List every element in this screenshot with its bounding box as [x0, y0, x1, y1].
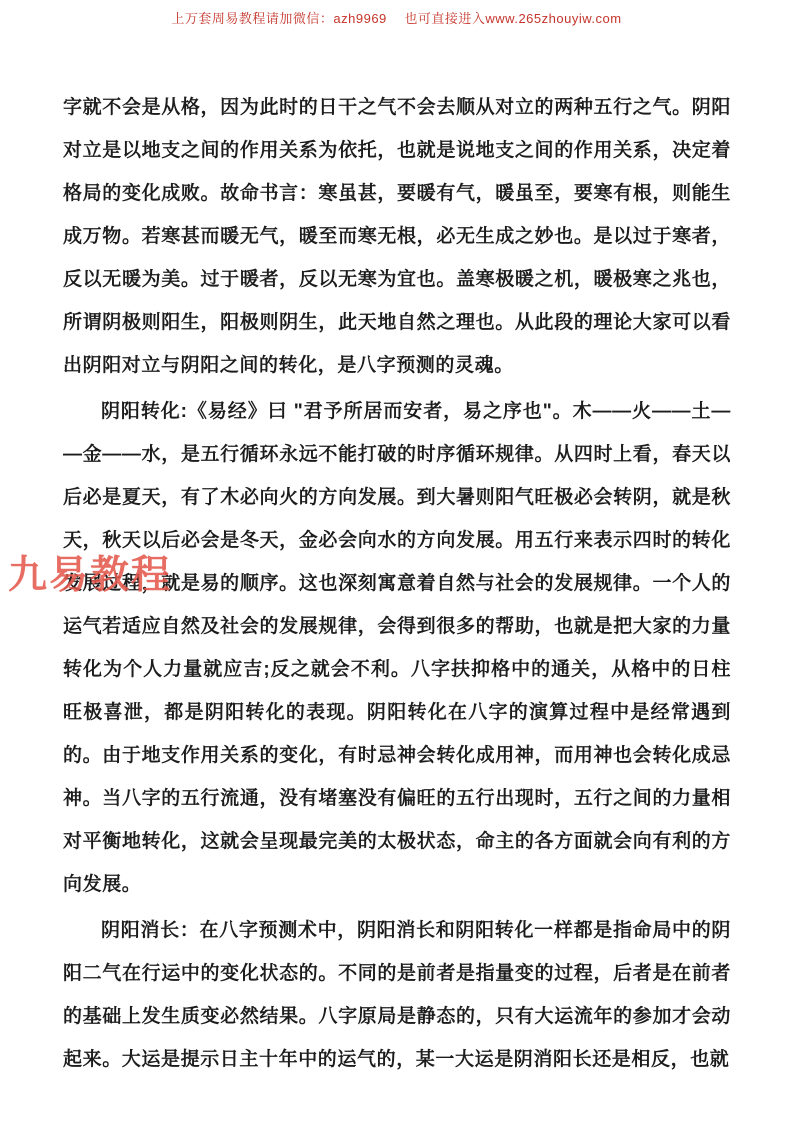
document-page: 上万套周易教程请加微信：azh9969 也可直接进入www.265zhouyiw… [0, 0, 793, 1123]
paragraph-yin-yang-opposition: 字就不会是从格，因为此时的日干之气不会去顺从对立的两种五行之气。阴阳对立是以地支… [63, 86, 731, 387]
header-promo-notice: 上万套周易教程请加微信：azh9969 也可直接进入www.265zhouyiw… [0, 8, 793, 27]
paragraph-yin-yang-waxing-waning: 阴阳消长：在八字预测术中，阴阳消长和阴阳转化一样都是指命局中的阴阳二气在行运中的… [63, 909, 731, 1081]
paragraph-yin-yang-transformation: 阴阳转化:《易经》曰 "君予所居而安者，易之序也"。木――火――土――金――水，… [63, 390, 731, 906]
document-body: 字就不会是从格，因为此时的日干之气不会去顺从对立的两种五行之气。阴阳对立是以地支… [63, 86, 731, 1084]
